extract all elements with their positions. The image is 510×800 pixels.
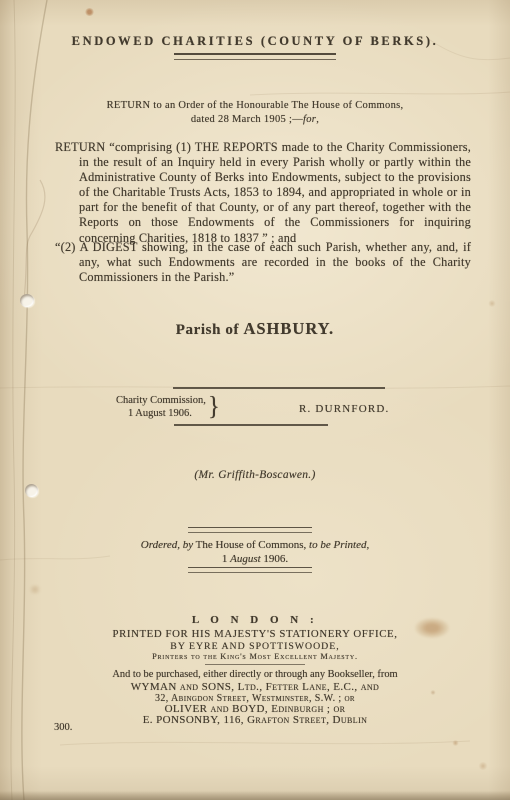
imprint-line8: E. PONSONBY, 116, Grafton Street, Dublin xyxy=(0,714,510,726)
parish-heading: Parish of ASHBURY. xyxy=(0,319,510,339)
parish-name: ASHBURY. xyxy=(243,319,334,338)
foxing-stain xyxy=(85,8,94,16)
foxing-stain xyxy=(488,300,496,307)
commission-block: Charity Commission, 1 August 1906. } xyxy=(116,395,220,420)
commission-office: Charity Commission, xyxy=(116,395,206,408)
section-rule-top xyxy=(173,387,385,389)
ordered-rule-bottom xyxy=(188,567,312,573)
return-paragraph-2: “(2) A DIGEST showing, in the case of ea… xyxy=(55,240,471,285)
return-order-note: RETURN to an Order of the Honourable The… xyxy=(0,99,510,127)
brace-glyph: } xyxy=(208,401,220,414)
scanned-document-page: ENDOWED CHARITIES (COUNTY OF BERKS). RET… xyxy=(0,0,510,800)
foxing-stain xyxy=(478,762,488,770)
commission-lines: Charity Commission, 1 August 1906. xyxy=(116,395,206,420)
ordered-rule-top xyxy=(188,527,312,533)
document-title: ENDOWED CHARITIES (COUNTY OF BERKS). xyxy=(0,34,510,49)
return-order-line2: dated 28 March 1905 ;—for, xyxy=(0,113,510,127)
ordered-block: Ordered, by The House of Commons, to be … xyxy=(0,539,510,566)
page-bottom-edge xyxy=(0,791,510,800)
ordered-line2: 1 August 1906. xyxy=(0,553,510,567)
section-rule-bottom xyxy=(174,424,328,426)
foxing-stain xyxy=(28,585,42,594)
ordered-line1: Ordered, by The House of Commons, to be … xyxy=(0,539,510,553)
title-rule xyxy=(174,53,336,60)
print-code: 300. xyxy=(54,722,72,733)
imprint-city: L O N D O N : xyxy=(0,614,510,626)
imprint-separator-rule xyxy=(205,664,305,665)
return-paragraph-1: RETURN “comprising (1) THE REPORTS made … xyxy=(55,140,471,246)
foxing-stain xyxy=(452,740,459,746)
commission-date: 1 August 1906. xyxy=(116,408,206,421)
imprint-line4: And to be purchased, either directly or … xyxy=(0,669,510,680)
signature: R. DURNFORD. xyxy=(299,403,390,415)
punch-hole xyxy=(25,484,38,497)
imprint-line5: WYMAN and SONS, Ltd., Fetter Lane, E.C.,… xyxy=(0,681,510,693)
imprint-line3: Printers to the King's Most Excellent Ma… xyxy=(0,652,510,661)
presenter-name: (Mr. Griffith-Boscawen.) xyxy=(0,469,510,481)
return-order-line1: RETURN to an Order of the Honourable The… xyxy=(0,99,510,113)
imprint-line1: PRINTED FOR HIS MAJESTY'S STATIONERY OFF… xyxy=(0,628,510,640)
imprint-line2: BY EYRE AND SPOTTISWOODE, xyxy=(0,641,510,652)
punch-hole xyxy=(20,294,34,307)
parish-prefix: Parish of xyxy=(176,322,244,338)
